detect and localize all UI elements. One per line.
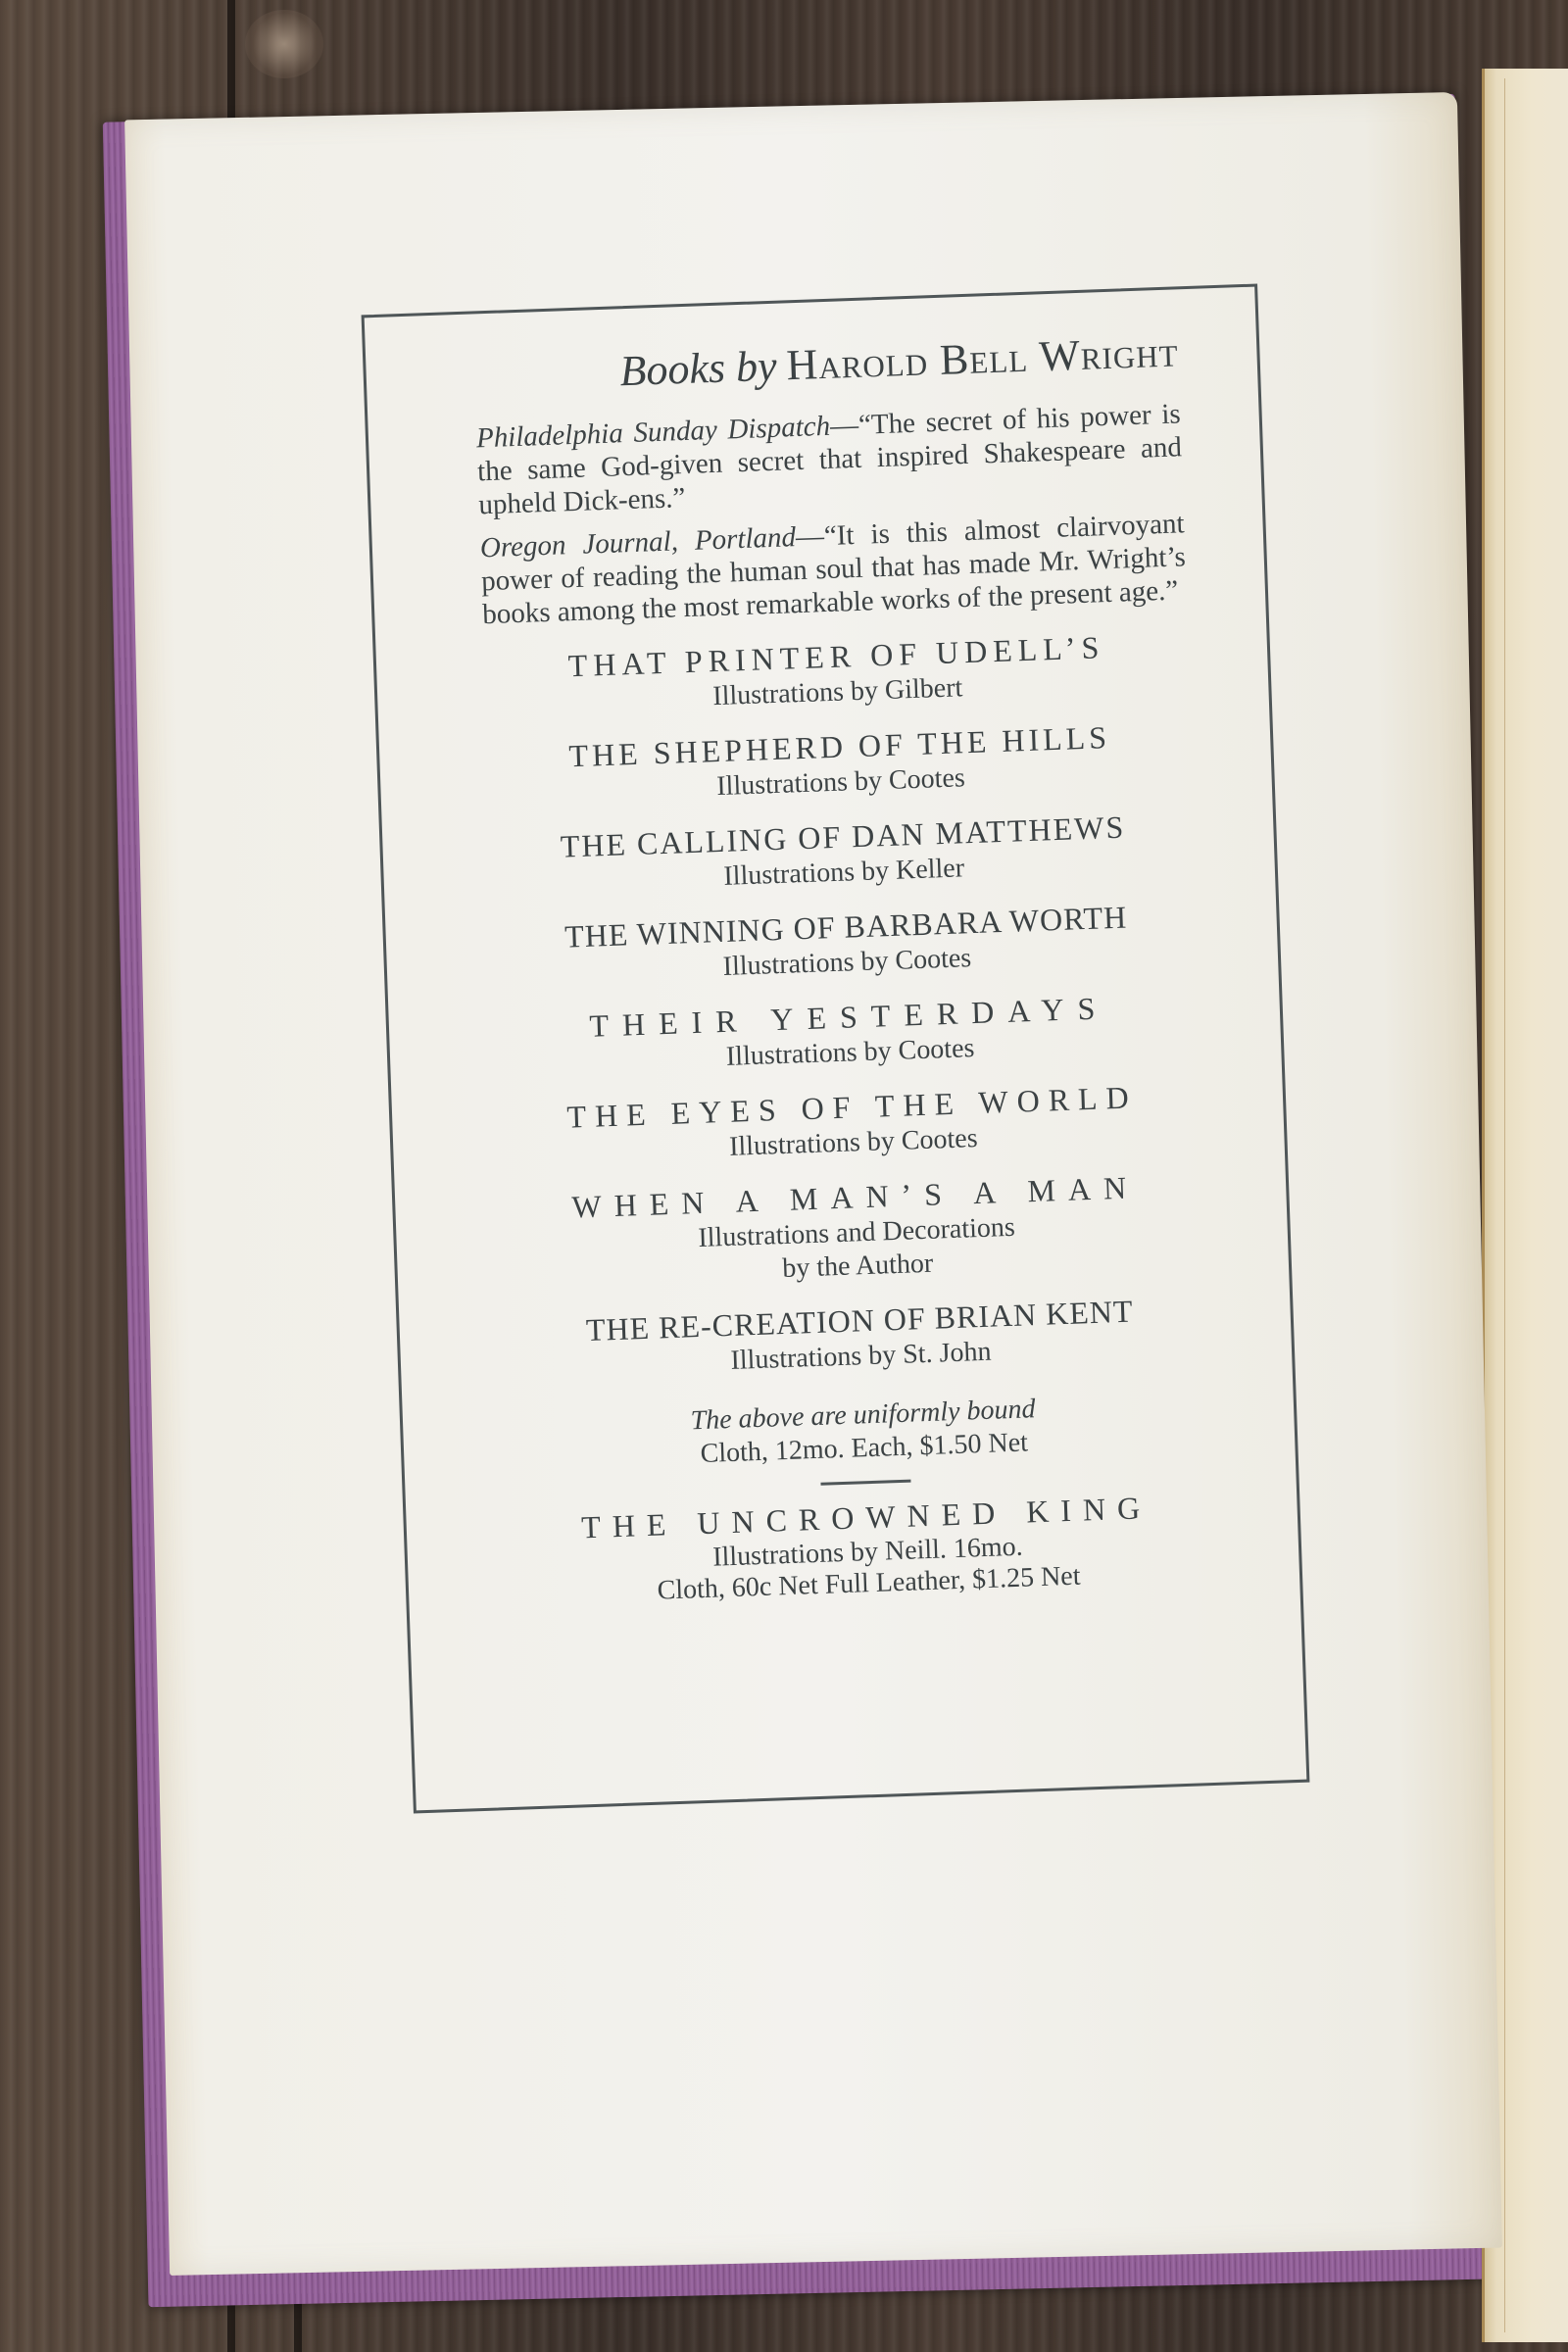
book-listing: THEIR YESTERDAYS Illustrations by Cootes <box>496 985 1202 1082</box>
book-listing: THE SHEPHERD OF THE HILLS Illustrations … <box>487 714 1194 811</box>
review-dash: — <box>795 520 824 553</box>
title-prefix: Books by <box>619 342 778 396</box>
wood-knot <box>245 10 323 78</box>
review-dash: — <box>830 410 859 442</box>
book-listing-extra: THE UNCROWNED KING Illustrations by Neil… <box>514 1486 1221 1612</box>
book-listing: THE EYES OF THE WORLD Illustrations by C… <box>500 1075 1206 1172</box>
book-listing: THAT PRINTER OF UDELL’S Illustrations by… <box>484 624 1191 721</box>
review-quote: Oregon Journal, Portland—“It is this alm… <box>479 507 1187 631</box>
divider-rule <box>820 1480 910 1486</box>
book-listing: THE CALLING OF DAN MATTHEWS Illustration… <box>490 805 1197 902</box>
advertisement-box: Books byHarold Bell Wright Philadelphia … <box>362 283 1310 1813</box>
book-listing: THE RE-CREATION OF BRIAN KENT Illustrati… <box>507 1289 1213 1386</box>
book-listing: WHEN A MAN’S A MAN Illustrations and Dec… <box>503 1165 1210 1296</box>
binding-note: The above are uniformly bound Cloth, 12m… <box>511 1387 1217 1478</box>
page-title: Books byHarold Bell Wright <box>473 324 1180 404</box>
book-listing: THE WINNING OF BARBARA WORTH Illustratio… <box>493 895 1200 992</box>
page-gutter-line <box>1504 78 1505 2332</box>
advertisement-content: Books byHarold Bell Wright Philadelphia … <box>473 324 1222 1611</box>
review-text: “It is this almost clairvoyant power of … <box>481 508 1187 630</box>
title-author: Harold Bell Wright <box>786 327 1180 389</box>
review-quote: Philadelphia Sunday Dispatch—“The secret… <box>475 397 1183 521</box>
